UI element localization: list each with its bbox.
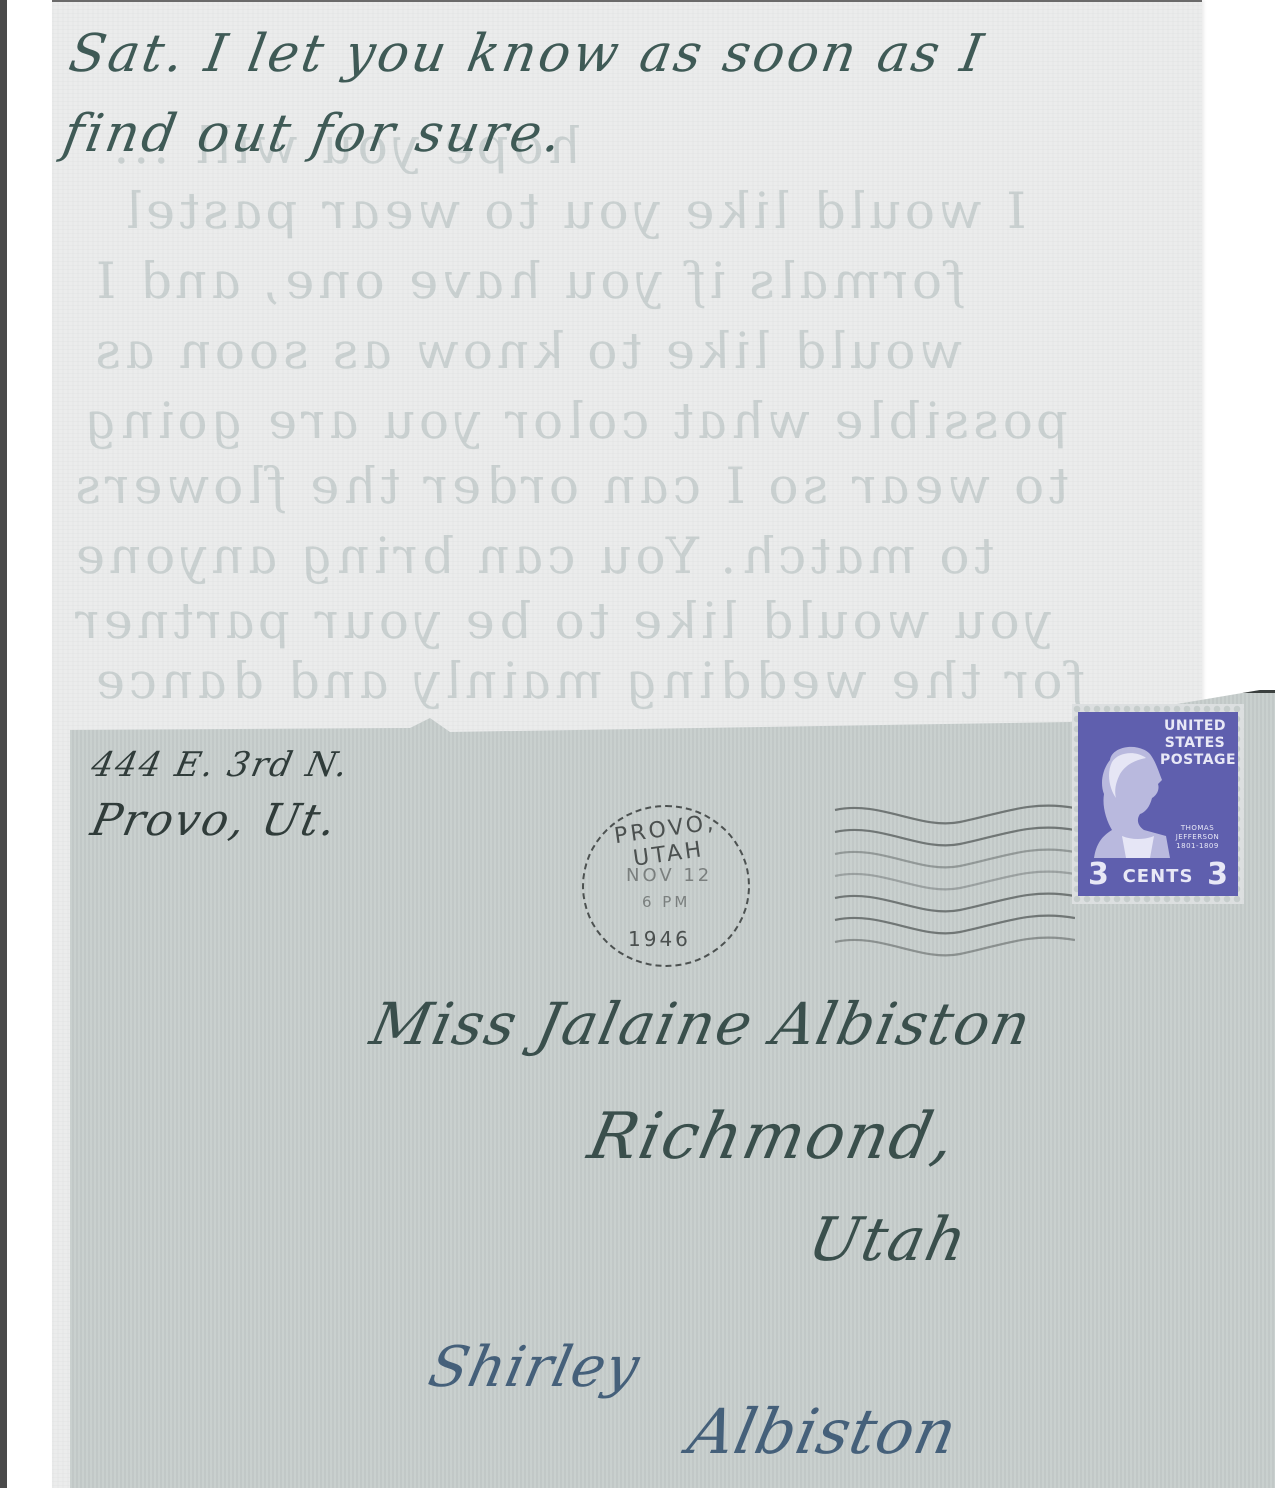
stamp-portrait-name: THOMAS JEFFERSON [1160,824,1235,842]
bleed-through-line: to match. You can bring anyone [67,527,1000,585]
stamp-value-digit-right: 3 [1207,860,1228,890]
bleed-through-line: possible what color you are going [77,392,1075,450]
recipient-state: Utah [803,1205,975,1275]
signature-first-name: Shirley [423,1335,646,1400]
scanner-edge [0,0,7,1488]
stamp-country-line: UNITED [1160,718,1230,735]
bleed-through-line: you would like to be your partner [67,592,1058,650]
return-address-line-1: 444 E. 3rd N. [88,745,353,785]
postmark-time: 6 PM [642,893,690,911]
cancellation-wavy-lines-icon [830,800,1075,960]
stamp-portrait-caption: THOMAS JEFFERSON 1801-1809 [1160,824,1235,851]
bleed-through-line: for the wedding mainly and dance [87,652,1091,710]
return-address-line-2: Provo, Ut. [87,795,343,846]
stamp-value-label: CENTS [1123,864,1194,890]
stamp-value: 3 CENTS 3 [1078,860,1238,890]
postage-stamp: UNITED STATES POSTAGE THOMAS JEFFERSON 1… [1078,712,1238,896]
signature-last-name: Albiston [682,1395,964,1468]
bleed-through-line: I would like you to wear pastel [117,182,1031,240]
bleed-through-line: would like to know as soon as [87,322,968,380]
postmark: PROVO, UTAH NOV 12 6 PM 1946 [582,805,750,967]
stamp-value-digit-left: 3 [1088,860,1109,890]
recipient-name: Miss Jalaine Albiston [365,990,1038,1058]
bleed-through-line: to wear so I can order the flowers [67,457,1074,515]
postmark-date: NOV 12 [626,865,712,886]
postmark-year: 1946 [628,927,691,951]
recipient-city: Richmond, [582,1100,963,1174]
bleed-through-line: formals if you have one, and I [87,252,970,310]
letter-line-2: find out for sure. [59,104,569,164]
stamp-portrait-years: 1801-1809 [1160,842,1235,851]
letter-line-1: Sat. I let you know as soon as I [65,24,990,84]
